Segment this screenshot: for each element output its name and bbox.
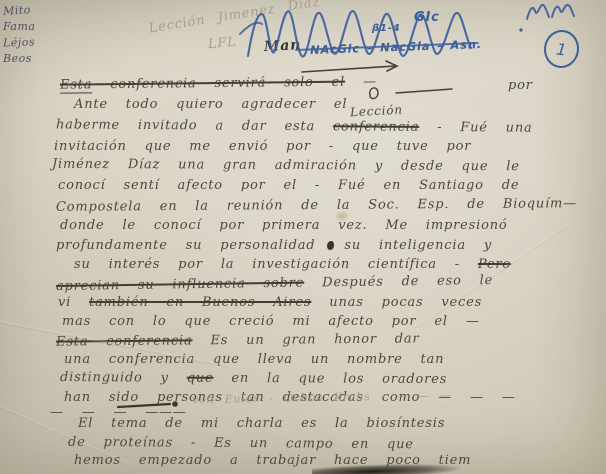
line-text: — (345, 74, 377, 89)
ink-dot (519, 28, 522, 31)
manuscript-line: Jiménez Díaz una gran admiración y desde… (52, 157, 520, 174)
struck-text: Esta conferencia (56, 333, 193, 349)
manuscript-line: El tema de mi charla es la biosíntesis (78, 416, 445, 431)
manuscript-line: Compostela en la reunión de la Soc. Esp.… (56, 196, 577, 215)
line-text: su inteligencia y (344, 238, 492, 253)
corner-squiggle (527, 5, 574, 19)
line-text: - Fué una (419, 120, 532, 136)
manuscript-line: vi también en Buenos Aires unas pocas ve… (58, 295, 482, 310)
line-text: distinguido y (60, 370, 187, 386)
manuscript-line: Ante todo quiero agradecer el (74, 97, 347, 112)
pencil-initials: LFL (207, 35, 237, 52)
formula-bond-label: β1-4 (372, 23, 400, 34)
manuscript-line: donde le conocí por primera vez. Me impr… (60, 218, 508, 233)
ink-blot (327, 241, 334, 250)
page-number: 1 (555, 39, 567, 59)
manuscript-line: de proteínas - Es un campo en que (68, 435, 414, 452)
manuscript-page: Mito Fama Léjos Beos Lección Jimenez Dia… (0, 0, 606, 474)
manuscript-line: profundamente su personalidadsu intelige… (56, 238, 492, 253)
manuscript-line: distinguido y que en la que los oradores (60, 370, 447, 387)
inserted-word: Lección (350, 103, 404, 120)
line-text: haberme invitado a dar esta (56, 117, 333, 134)
struck-text: aprecian su influencia sobre (56, 276, 304, 294)
formula-glc-label: GIc (414, 10, 440, 25)
struck-text: que (187, 371, 214, 386)
formula-man-label: Man (264, 37, 302, 55)
margin-word: por (508, 78, 533, 93)
manuscript-line: mas con lo que creció mi afecto por el — (62, 314, 480, 329)
manuscript-line: una conferencia que lleva un nombre tan (64, 352, 444, 367)
struck-text: Esta (60, 77, 93, 93)
struck-text: conferencia (333, 119, 419, 135)
line-text: vi (58, 295, 89, 310)
formula-chain: NAcGlc – NacGla – Asn. (310, 37, 482, 57)
strike-arrow (302, 61, 397, 72)
margin-note: Beos (3, 52, 32, 65)
manuscript-line: haberme invitado a dar esta conferencia … (56, 117, 533, 135)
manuscript-line: su interés por la investigación científi… (74, 257, 511, 272)
page-number-circle: 1 (542, 28, 581, 70)
struck-text: conferencia servirá solo el (92, 75, 345, 93)
margin-note: Fama (3, 20, 35, 33)
line-text: Es un gran honor dar (192, 331, 419, 348)
line-text: su interés por la investigación científi… (74, 257, 478, 272)
struck-text: también en Buenos Aires (89, 295, 311, 310)
manuscript-line: aprecian su influencia sobre Después de … (56, 273, 493, 294)
manuscript-line: invitación que me envió por - que tuve p… (54, 139, 471, 154)
line-text: unas pocas veces (311, 295, 482, 310)
pencil-title: Lección Jimenez Diaz (148, 0, 321, 36)
line-text: Después de eso le (304, 273, 493, 291)
manuscript-line: Esta conferencia Es un gran honor dar (56, 331, 420, 349)
line-text: en la que los oradores (213, 371, 447, 387)
margin-note: Mito (3, 3, 31, 17)
paper-stain (334, 210, 350, 222)
manuscript-line: Esta conferencia servirá solo el — (60, 74, 377, 92)
manuscript-line: conocí sentí afecto por el - Fué en Sant… (58, 178, 519, 193)
strike-dash (370, 88, 452, 99)
margin-note: Léjos (3, 35, 35, 49)
struck-text: Pero (478, 257, 511, 272)
line-text: profundamente su personalidad (56, 238, 315, 253)
